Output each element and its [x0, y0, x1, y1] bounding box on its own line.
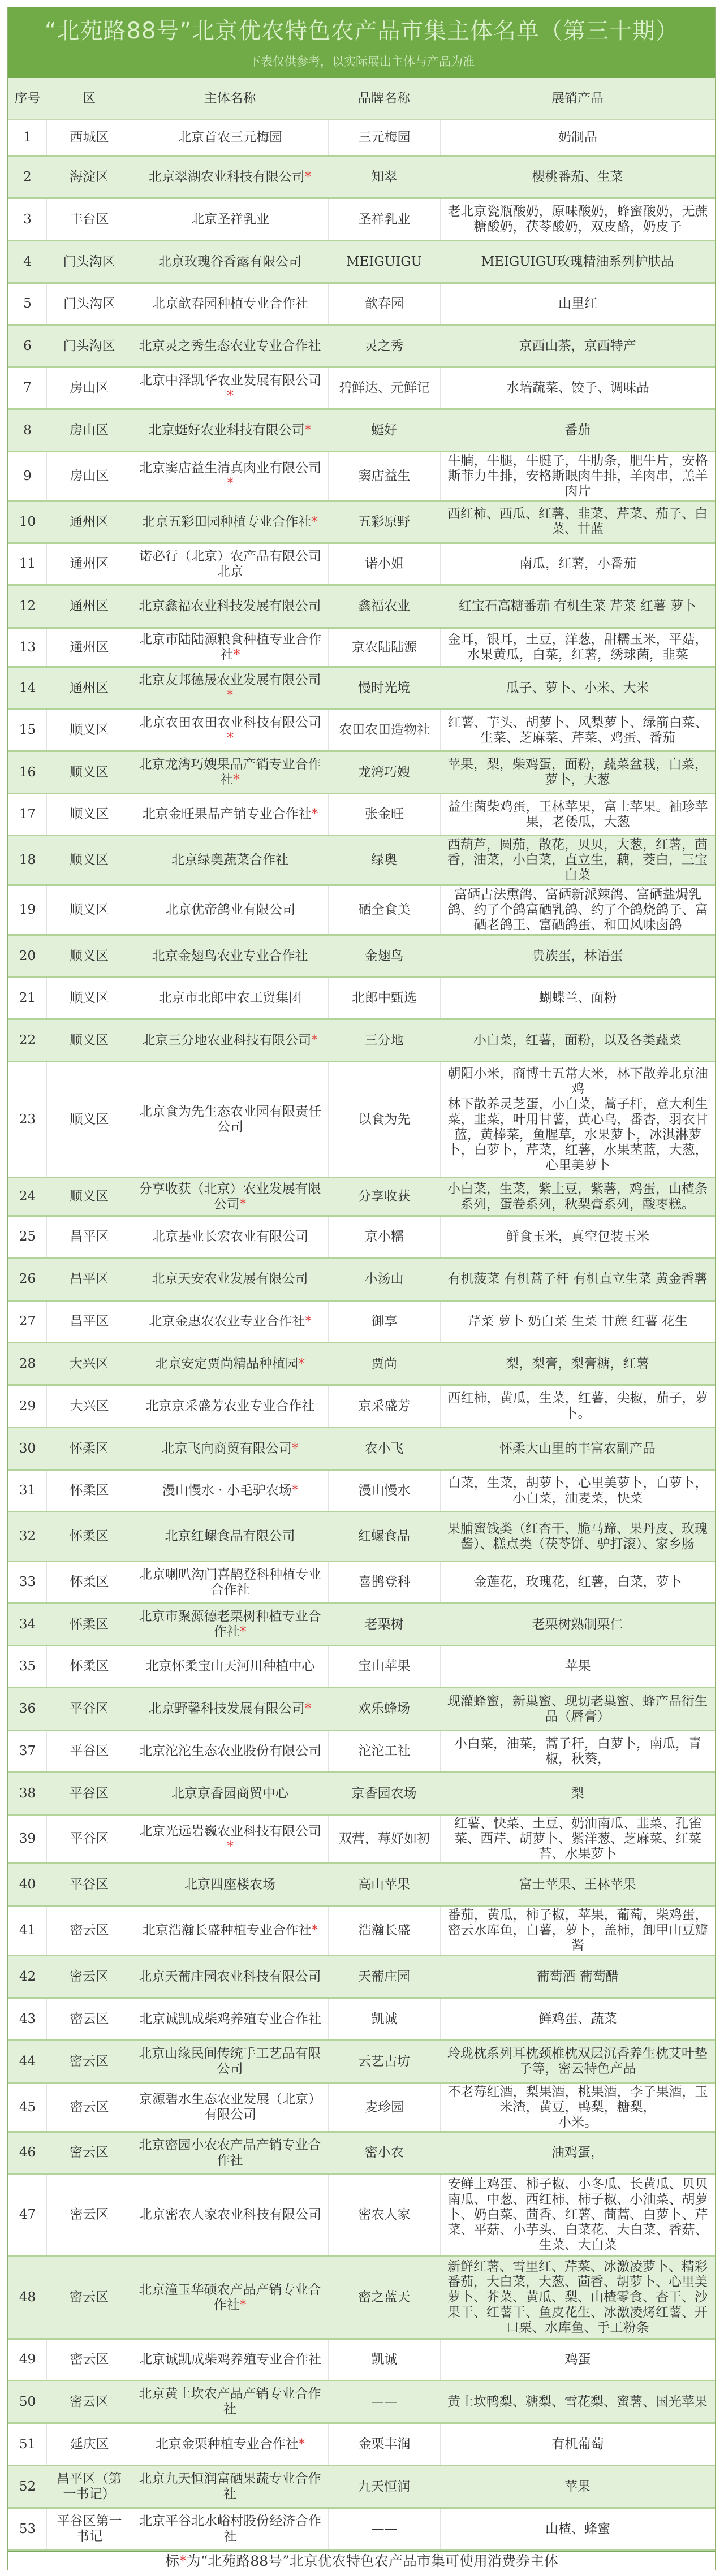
cell-products-text: 芹菜 萝卜 奶白菜 生菜 甘蔗 红薯 花生: [468, 1314, 688, 1329]
cell-entity: 北京中泽凯华农业发展有限公司*: [132, 368, 328, 408]
cell-district: 怀柔区: [46, 1646, 132, 1687]
table-row: 17顺义区北京金旺果品产销专业合作社*张金旺益生菌柴鸡蛋，王林苹果，富士苹果。袖…: [8, 794, 715, 836]
cell-district-text: 门头沟区: [63, 254, 115, 270]
cell-district: 顺义区: [46, 752, 132, 793]
cell-district: 密云区: [46, 1956, 132, 1997]
cell-seq-text: 2: [23, 170, 32, 185]
cell-entity: 北京友邦德晟农业发展有限公司*: [132, 668, 328, 708]
cell-seq: 11: [8, 544, 46, 584]
cell-seq-text: 18: [19, 853, 36, 868]
cell-district: 顺义区: [46, 886, 132, 934]
table-row: 49密云区北京诚凯成柴鸡养殖专业合作社凯诚鸡蛋: [8, 2340, 715, 2381]
cell-entity: 北京鑫福农业科技发展有限公司: [132, 586, 328, 627]
cell-products-text: 瓜子、萝卜、小米、大米: [506, 681, 649, 696]
cell-brand-text: 硒全食美: [359, 902, 411, 918]
cell-entity: 北京基业长宏农业有限公司: [132, 1217, 328, 1257]
cell-products: 苹果: [440, 1646, 715, 1687]
cell-seq-text: 25: [19, 1229, 36, 1244]
cell-seq: 49: [8, 2340, 46, 2380]
cell-brand-text: 歆春园: [365, 296, 404, 312]
table-row: 33怀柔区北京喇叭沟门喜鹊登科种植专业合作社喜鹊登科金莲花，玫瑰花，红薯，白菜，…: [8, 1562, 715, 1604]
cell-entity-text: 漫山慢水 · 小毛驴农场*: [162, 1483, 298, 1498]
cell-products: 山里红: [440, 284, 715, 324]
cell-district: 昌平区: [46, 1217, 132, 1257]
cell-seq-text: 28: [19, 1356, 36, 1372]
cell-district: 密云区: [46, 2257, 132, 2338]
cell-seq-text: 51: [19, 2437, 36, 2452]
cell-entity: 北京食为先生态农业园有限责任公司: [132, 1062, 328, 1177]
table-row: 10通州区北京五彩田园种植专业合作社*五彩原野西红柿、西瓜、红薯、韭菜、芹菜、茄…: [8, 502, 715, 544]
cell-products: 益生菌柴鸡蛋，王林苹果，富士苹果。袖珍苹果，老倭瓜，大葱: [440, 794, 715, 835]
table-row: 43密云区北京诚凯成柴鸡养殖专业合作社凯诚鲜鸡蛋、蔬菜: [8, 1999, 715, 2041]
cell-district-text: 密云区: [70, 2352, 109, 2367]
cell-brand-text: 圣祥乳业: [359, 212, 411, 227]
cell-products-text: 番茄: [564, 423, 591, 438]
table-row: 39平谷区北京光远岩巍农业科技有限公司*双营，莓好如初红薯、快菜、土豆、奶油南瓜…: [8, 1816, 715, 1864]
cell-district: 延庆区: [46, 2424, 132, 2465]
cell-seq: 53: [8, 2509, 46, 2549]
cell-entity: 北京诚凯成柴鸡养殖专业合作社: [132, 2340, 328, 2380]
cell-entity: 北京天安农业发展有限公司: [132, 1259, 328, 1300]
cell-seq-text: 41: [19, 1923, 36, 1938]
cell-seq-text: 35: [19, 1659, 36, 1674]
cell-district: 通州区: [46, 668, 132, 708]
cell-seq-text: 20: [19, 949, 36, 964]
cell-entity: 北京龙湾巧嫂果品产销专业合作社*: [132, 752, 328, 793]
cell-entity: 北京灵之秀生态农业专业合作社: [132, 326, 328, 366]
cell-seq: 48: [8, 2257, 46, 2338]
cell-entity-text: 北京山缘民间传统手工艺品有限公司: [136, 2046, 324, 2077]
cell-brand: 农小飞: [328, 1428, 440, 1469]
cell-entity-text: 北京友邦德晟农业发展有限公司*: [136, 673, 324, 703]
cell-seq: 1: [8, 120, 46, 155]
cell-brand-text: 密农人家: [359, 2207, 411, 2223]
cell-brand: 云艺古坊: [328, 2041, 440, 2082]
cell-products-text: 金莲花，玫瑰花，红薯，白菜，萝卜: [474, 1575, 682, 1590]
table-row: 27昌平区北京金惠农农业专业合作社*御享芹菜 萝卜 奶白菜 生菜 甘蔗 红薯 花…: [8, 1302, 715, 1343]
cell-seq: 42: [8, 1956, 46, 1997]
cell-district-text: 通州区: [70, 515, 109, 530]
cell-brand-text: 农小飞: [365, 1441, 404, 1456]
table-row: 7房山区北京中泽凯华农业发展有限公司*碧鲜达、元鲜记水培蔬菜、饺子、调味品: [8, 368, 715, 410]
cell-seq: 40: [8, 1864, 46, 1905]
cell-products: 鲜鸡蛋、蔬菜: [440, 1999, 715, 2039]
cell-seq: 20: [8, 936, 46, 976]
cell-brand-text: 红螺食品: [358, 1529, 410, 1544]
cell-brand-text: 京农陆陆源: [352, 640, 417, 655]
cell-district: 海淀区: [46, 157, 132, 197]
cell-products: 富硒古法熏鸽、富硒新派辣鸽、富硒盐焗乳鸽、约了个鸽富硒乳鸽、约了个鸽烧鸽子、富硒…: [440, 886, 715, 934]
cell-entity-text: 北京野馨科技发展有限公司*: [149, 1701, 312, 1717]
cell-seq-text: 6: [23, 339, 32, 354]
cell-entity-text: 北京金惠农农业专业合作社*: [149, 1314, 312, 1329]
cell-district-text: 密云区: [70, 2012, 109, 2027]
cell-district: 怀柔区: [46, 1428, 132, 1469]
cell-brand: 张金旺: [328, 794, 440, 835]
table-row: 14通州区北京友邦德晟农业发展有限公司*慢时光境瓜子、萝卜、小米、大米: [8, 668, 715, 710]
cell-brand: 漫山慢水: [328, 1471, 440, 1511]
cell-brand: 分享收获: [328, 1178, 440, 1215]
table-row: 38平谷区北京京香园商贸中心京香园农场梨: [8, 1773, 715, 1816]
cell-entity: 北京绿奥蔬菜合作社: [132, 836, 328, 884]
cell-entity-text: 北京诚凯成柴鸡养殖专业合作社: [139, 2352, 321, 2367]
cell-entity-text: 北京怀柔宝山天河川种植中心: [146, 1659, 315, 1674]
table-row: 30怀柔区北京飞向商贸有限公司*农小飞怀柔大山里的丰富农副产品: [8, 1428, 715, 1471]
cell-products: 不老莓红酒，梨果酒，桃果酒，李子果酒，玉米渣，黄豆，鸭梨，糖梨， 小米。: [440, 2084, 715, 2131]
cell-products-text: 老北京瓷瓶酸奶，原味酸奶，蜂蜜酸奶，无蔗糖酸奶，茯苓酸奶，双皮酪，奶皮子: [446, 204, 709, 235]
cell-entity-text: 北京食为先生态农业园有限责任公司: [137, 1104, 324, 1135]
cell-brand-text: 窦店益生: [359, 469, 411, 484]
table-row: 8房山区北京蜓好农业科技有限公司*蜓好番茄: [8, 410, 715, 452]
cell-district-text: 大兴区: [70, 1356, 109, 1372]
cell-entity: 北京优帝鸽业有限公司: [132, 886, 328, 934]
cell-brand: ——: [328, 2381, 440, 2422]
cell-district: 西城区: [46, 120, 132, 155]
cell-district: 密云区: [46, 2133, 132, 2173]
column-header-brand: 品牌名称: [328, 91, 440, 106]
cell-district-text: 通州区: [70, 599, 109, 614]
table-row: 5门头沟区北京歆春园种植专业合作社歆春园山里红: [8, 284, 715, 326]
cell-entity: 北京京香园商贸中心: [132, 1773, 328, 1814]
cell-products-text: 富士苹果、王林苹果: [519, 1877, 636, 1892]
cell-entity: 北京潼玉华硕农产品产销专业合作社*: [132, 2257, 328, 2338]
asterisk-icon: *: [305, 1701, 312, 1716]
cell-brand: 绿奥: [328, 836, 440, 884]
cell-district-text: 怀柔区: [70, 1529, 109, 1544]
cell-seq-text: 13: [19, 640, 36, 655]
cell-entity: 北京市北郎中农工贸集团: [132, 978, 328, 1018]
cell-seq: 22: [8, 1020, 46, 1061]
cell-brand: 麦珍园: [328, 2084, 440, 2131]
cell-seq: 14: [8, 668, 46, 708]
cell-entity: 北京翠湖农业科技有限公司*: [132, 157, 328, 197]
cell-seq-text: 43: [19, 2012, 36, 2027]
cell-products-text: 有机菠菜 有机蒿子杆 有机直立生菜 黄金香薯: [448, 1272, 708, 1287]
cell-products: 有机葡萄: [440, 2424, 715, 2465]
cell-entity: 北京四座楼农场: [132, 1864, 328, 1905]
cell-seq-text: 11: [19, 556, 36, 572]
cell-brand: ——: [328, 2509, 440, 2549]
cell-products-text: 鲜鸡蛋、蔬菜: [539, 2012, 617, 2027]
asterisk-icon: *: [305, 1314, 312, 1329]
cell-seq: 13: [8, 629, 46, 666]
cell-brand-text: 慢时光境: [358, 681, 410, 696]
cell-seq: 4: [8, 241, 46, 282]
table-row: 36平谷区北京野馨科技发展有限公司*欢乐蜂场现灌蜂蜜，新巢蜜、现切老巢蜜、蜂产品…: [8, 1688, 715, 1731]
cell-brand: 农田农田造物社: [328, 710, 440, 750]
cell-brand-text: 双营，莓好如初: [339, 1831, 430, 1847]
cell-district: 密云区: [46, 2041, 132, 2082]
cell-district: 密云区: [46, 2084, 132, 2131]
cell-entity: 北京市聚源德老栗树种植专业合作社*: [132, 1604, 328, 1645]
cell-brand-text: ——: [372, 2522, 398, 2537]
cell-brand-text: 小汤山: [365, 1272, 404, 1287]
cell-brand: 宝山苹果: [328, 1646, 440, 1687]
cell-entity-text: 北京市陆陆源粮食种植专业合作社*: [137, 632, 324, 663]
cell-entity: 北京金惠农农业专业合作社*: [132, 1302, 328, 1342]
cell-products-text: 小白菜，红薯，面粉，以及各类蔬菜: [473, 1033, 682, 1048]
table-header-row: 序号 区 主体名称 品牌名称 展销产品: [8, 78, 715, 120]
table-row: 21顺义区北京市北郎中农工贸集团北郎中甄选蝴蝶兰、面粉: [8, 978, 715, 1020]
cell-seq-text: 42: [19, 1969, 36, 1985]
cell-brand: 金翅鸟: [328, 936, 440, 976]
cell-entity-text: 北京京香园商贸中心: [171, 1786, 288, 1801]
cell-seq: 35: [8, 1646, 46, 1687]
cell-seq-text: 24: [19, 1189, 36, 1204]
cell-products-text: 牛腩，牛腿，牛腱子，牛肋条，肥牛片，安格斯菲力牛排，安格斯眼肉牛排，羊肉串，羔羊…: [446, 453, 709, 499]
cell-brand-text: 龙湾巧嫂: [358, 765, 410, 780]
cell-seq-text: 32: [19, 1529, 36, 1544]
cell-seq-text: 36: [19, 1701, 36, 1717]
cell-seq: 24: [8, 1178, 46, 1215]
cell-seq-text: 39: [19, 1831, 36, 1847]
cell-products-text: 白菜，生菜，胡萝卜，心里美萝卜，白萝卜，小白菜，油麦菜，快菜: [446, 1476, 709, 1506]
cell-seq: 28: [8, 1343, 46, 1384]
table-row: 42密云区北京天葡庄园农业科技有限公司天葡庄园葡萄酒 葡萄醋: [8, 1956, 715, 1999]
cell-brand: 龙湾巧嫂: [328, 752, 440, 793]
cell-products: 番茄，黄瓜，柿子椒，苹果，葡萄，柴鸡蛋，密云水库鱼，白薯，萝卜，盖柿，卸甲山豆瓣…: [440, 1907, 715, 1955]
cell-district-text: 房山区: [70, 469, 109, 484]
cell-district-text: 平谷区第一书记: [51, 2514, 127, 2544]
cell-brand-text: 九天恒润: [358, 2479, 410, 2495]
cell-seq: 15: [8, 710, 46, 750]
cell-entity-text: 北京浩瀚长盛种植专业合作社*: [143, 1923, 318, 1938]
cell-seq: 39: [8, 1816, 46, 1862]
cell-brand: 密农人家: [328, 2175, 440, 2255]
cell-products-text: 西红柿，黄瓜，生菜，红薯，尖椒，茄子，萝卜。: [446, 1391, 709, 1421]
cell-brand: 京小糯: [328, 1217, 440, 1257]
cell-entity-text: 北京黄土坎农产品产销专业合作社: [136, 2387, 324, 2417]
cell-seq: 7: [8, 368, 46, 408]
table-row: 22顺义区北京三分地农业科技有限公司*三分地小白菜，红薯，面粉，以及各类蔬菜: [8, 1020, 715, 1062]
cell-entity: 北京圣祥乳业: [132, 199, 328, 240]
table-row: 19顺义区北京优帝鸽业有限公司硒全食美富硒古法熏鸽、富硒新派辣鸽、富硒盐焗乳鸽、…: [8, 886, 715, 936]
cell-products: 南瓜，红薯，小番茄: [440, 544, 715, 584]
cell-brand-text: 云艺古坊: [358, 2054, 410, 2069]
cell-district: 平谷区: [46, 1688, 132, 1730]
table-row: 11通州区诺必行（北京）农产品有限公司北京诺小姐南瓜，红薯，小番茄: [8, 544, 715, 586]
cell-products: 葡萄酒 葡萄醋: [440, 1956, 715, 1997]
cell-seq-text: 48: [19, 2290, 36, 2305]
market-list-sheet: “北苑路88号”北京优农特色农产品市集主体名单（第三十期） 下表仅供参考，以实际…: [7, 7, 716, 2570]
cell-seq-text: 49: [19, 2352, 36, 2367]
cell-seq-text: 33: [19, 1575, 36, 1590]
cell-brand-text: 漫山慢水: [359, 1483, 411, 1498]
cell-entity-text: 北京天安农业发展有限公司: [152, 1272, 308, 1287]
cell-district: 昌平区: [46, 1302, 132, 1342]
asterisk-icon: *: [179, 2553, 187, 2569]
cell-products: 西葫芦，圆茄，散花，贝贝，大葱，红薯，茴香，油菜，小白菜，直立生，藕，茭白，三宝…: [440, 836, 715, 884]
cell-entity-text: 北京窦店益生清真肉业有限公司*: [137, 461, 324, 491]
cell-products-text: 西葫芦，圆茄，散花，贝贝，大葱，红薯，茴香，油菜，小白菜，直立生，藕，茭白，三宝…: [446, 837, 709, 883]
cell-entity-text: 北京光远岩巍农业科技有限公司*: [137, 1824, 324, 1855]
table-row: 25昌平区北京基业长宏农业有限公司京小糯鲜食玉米，真空包装玉米: [8, 1217, 715, 1259]
cell-products: 苹果，梨，柴鸡蛋，面粉，蔬菜盆栽，白菜，萝卜，大葱: [440, 752, 715, 793]
cell-entity: 北京沱沱生态农业股份有限公司: [132, 1731, 328, 1771]
cell-entity-text: 北京绿奥蔬菜合作社: [171, 853, 288, 868]
cell-products: 黄土坎鸭梨、糖梨、雪花梨、蜜薯、国光苹果: [440, 2381, 715, 2422]
cell-entity-text: 北京诚凯成柴鸡养殖专业合作社: [139, 2012, 321, 2027]
cell-entity: 北京浩瀚长盛种植专业合作社*: [132, 1907, 328, 1955]
cell-products-text: 怀柔大山里的丰富农副产品: [499, 1441, 656, 1456]
cell-products-text: 苹果: [565, 1659, 591, 1674]
cell-seq: 37: [8, 1731, 46, 1771]
cell-brand: 贾尚: [328, 1343, 440, 1384]
cell-seq-text: 40: [19, 1877, 36, 1892]
cell-entity-text: 北京安定贾尚精品种植园*: [155, 1356, 305, 1372]
cell-entity: 北京安定贾尚精品种植园*: [132, 1343, 328, 1384]
cell-products: 牛腩，牛腿，牛腱子，牛肋条，肥牛片，安格斯菲力牛排，安格斯眼肉牛排，羊肉串，羔羊…: [440, 452, 715, 500]
cell-district: 平谷区: [46, 1731, 132, 1771]
cell-products: 老北京瓷瓶酸奶，原味酸奶，蜂蜜酸奶，无蔗糖酸奶，茯苓酸奶，双皮酪，奶皮子: [440, 199, 715, 240]
table-row: 34怀柔区北京市聚源德老栗树种植专业合作社*老栗树老栗树熟制栗仁: [8, 1604, 715, 1646]
cell-brand-text: ——: [371, 2395, 397, 2410]
asterisk-icon: *: [227, 476, 234, 491]
cell-entity-text: 北京中泽凯华农业发展有限公司*: [137, 373, 324, 404]
cell-entity-text: 北京优帝鸽业有限公司: [165, 902, 295, 918]
cell-entity: 北京金翅鸟农业专业合作社: [132, 936, 328, 976]
cell-seq: 6: [8, 326, 46, 366]
cell-seq: 33: [8, 1562, 46, 1602]
cell-district: 昌平区: [46, 1259, 132, 1300]
cell-entity-text: 北京圣祥乳业: [191, 212, 269, 227]
asterisk-icon: *: [312, 1923, 318, 1938]
table-row: 28大兴区北京安定贾尚精品种植园*贾尚梨，梨膏，梨膏糖，红薯: [8, 1343, 715, 1386]
cell-entity: 北京黄土坎农产品产销专业合作社: [132, 2381, 328, 2422]
cell-entity-text: 北京平谷北水峪村股份经济合作社: [137, 2514, 324, 2544]
cell-entity-text: 北京天葡庄园农业科技有限公司: [139, 1969, 321, 1985]
cell-brand: MEIGUIGU: [328, 241, 440, 282]
cell-brand: 小汤山: [328, 1259, 440, 1300]
cell-district-text: 房山区: [70, 423, 109, 438]
cell-seq: 2: [8, 157, 46, 197]
cell-district-text: 昌平区: [70, 1272, 109, 1287]
cell-entity: 北京密农人家农业科技有限公司: [132, 2175, 328, 2255]
cell-brand: 金栗丰润: [328, 2424, 440, 2465]
cell-brand: 硒全食美: [328, 886, 440, 934]
cell-brand: 歆春园: [328, 284, 440, 324]
cell-brand-text: 宝山苹果: [359, 1659, 411, 1674]
column-header-entity: 主体名称: [132, 91, 328, 106]
cell-district-text: 怀柔区: [70, 1575, 109, 1590]
cell-products: 京西山茶，京西特产: [440, 326, 715, 366]
cell-products-text: 不老莓红酒，梨果酒，桃果酒，李子果酒，玉米渣，黄豆，鸭梨，糖梨， 小米。: [446, 2085, 709, 2130]
table-row: 41密云区北京浩瀚长盛种植专业合作社*浩瀚长盛番茄，黄瓜，柿子椒，苹果，葡萄，柴…: [8, 1907, 715, 1956]
cell-brand: 欢乐蜂场: [328, 1688, 440, 1730]
cell-products: 水培蔬菜、饺子、调味品: [440, 368, 715, 408]
cell-seq-text: 14: [19, 681, 36, 696]
cell-seq-text: 26: [19, 1272, 36, 1287]
table-row: 15顺义区北京农田农田农业科技有限公司*农田农田造物社红薯、芋头、胡萝卜、风梨萝…: [8, 710, 715, 752]
cell-products: 瓜子、萝卜、小米、大米: [440, 668, 715, 708]
cell-brand-text: 张金旺: [365, 807, 404, 822]
cell-products-text: 京西山茶，京西特产: [519, 339, 636, 354]
cell-products: 金莲花，玫瑰花，红薯，白菜，萝卜: [440, 1562, 715, 1602]
cell-seq-text: 31: [19, 1483, 36, 1498]
cell-seq: 38: [8, 1773, 46, 1814]
cell-brand-text: 喜鹊登科: [359, 1575, 411, 1590]
cell-products-text: 小白菜，油菜，蒿子秆，白萝卜，南瓜，青椒，秋葵，: [446, 1736, 709, 1767]
table-row: 18顺义区北京绿奥蔬菜合作社绿奥西葫芦，圆茄，散花，贝贝，大葱，红薯，茴香，油菜…: [8, 836, 715, 886]
cell-products-text: 黄土坎鸭梨、糖梨、雪花梨、蜜薯、国光苹果: [447, 2395, 708, 2410]
cell-brand-text: 以食为先: [359, 1112, 411, 1127]
cell-entity: 北京红螺食品有限公司: [132, 1512, 328, 1561]
cell-brand: 北郎中甄选: [328, 978, 440, 1018]
cell-entity-text: 北京鑫福农业科技发展有限公司: [139, 599, 321, 614]
cell-products: 小白菜，红薯，面粉，以及各类蔬菜: [440, 1020, 715, 1061]
cell-entity-text: 北京四座楼农场: [184, 1877, 275, 1892]
cell-products-text: 果脯蜜饯类（红杏干、脆马蹄、果丹皮、玫瑰酱）、糕点类（茯苓饼、驴打滚）、家乡肠: [446, 1522, 709, 1552]
cell-products: 山楂、蜂蜜: [440, 2509, 715, 2549]
cell-entity-text: 北京京采盛芳农业专业合作社: [146, 1399, 315, 1414]
table-row: 29大兴区北京京采盛芳农业专业合作社京采盛芳西红柿，黄瓜，生菜，红薯，尖椒，茄子…: [8, 1386, 715, 1428]
cell-district-text: 丰台区: [70, 212, 109, 227]
cell-products-text: 山里红: [558, 296, 597, 312]
cell-district-text: 顺义区: [70, 853, 109, 868]
cell-products-text: 葡萄酒 葡萄醋: [536, 1969, 618, 1985]
cell-brand: 窦店益生: [328, 452, 440, 500]
cell-entity: 北京天葡庄园农业科技有限公司: [132, 1956, 328, 1997]
cell-products-text: 苹果，梨，柴鸡蛋，面粉，蔬菜盆栽，白菜，萝卜，大葱: [446, 757, 709, 788]
cell-seq-text: 12: [19, 599, 36, 614]
cell-products-text: 奶制品: [558, 130, 597, 145]
cell-district-text: 通州区: [70, 681, 109, 696]
cell-products: 小白菜，生菜，紫土豆，紫薯，鸡蛋，山楂条系列，蛋卷系列，秋梨膏系列，酸枣糕。: [440, 1178, 715, 1215]
cell-district-text: 密云区: [70, 2395, 109, 2410]
cell-entity: 北京喇叭沟门喜鹊登科种植专业合作社: [132, 1562, 328, 1602]
cell-brand-text: 天葡庄园: [358, 1969, 410, 1985]
cell-brand: 凯诚: [328, 2340, 440, 2380]
cell-brand-text: 五彩原野: [358, 515, 410, 530]
cell-seq-text: 8: [23, 423, 32, 438]
cell-district-text: 平谷区: [70, 1831, 109, 1847]
cell-district-text: 密云区: [70, 2054, 109, 2069]
cell-entity: 北京山缘民间传统手工艺品有限公司: [132, 2041, 328, 2082]
cell-seq: 45: [8, 2084, 46, 2131]
cell-seq-text: 53: [19, 2522, 36, 2537]
cell-district-text: 门头沟区: [63, 339, 115, 354]
cell-entity: 漫山慢水 · 小毛驴农场*: [132, 1471, 328, 1511]
table-row: 40平谷区北京四座楼农场高山苹果富士苹果、王林苹果: [8, 1864, 715, 1907]
cell-district: 顺义区: [46, 978, 132, 1018]
cell-brand-text: 御享: [372, 1314, 398, 1329]
cell-district-text: 昌平区（第一书记）: [51, 2471, 127, 2502]
cell-brand-text: 沱沱工社: [359, 1744, 411, 1759]
asterisk-icon: *: [292, 1441, 299, 1456]
asterisk-icon: *: [227, 1839, 234, 1854]
cell-district: 密云区: [46, 2340, 132, 2380]
table-row: 51延庆区北京金栗种植专业合作社*金栗丰润有机葡萄: [8, 2424, 715, 2466]
cell-brand-text: 浩瀚长盛: [359, 1923, 411, 1938]
table-row: 52昌平区（第一书记）北京九天恒润富硒果蔬专业合作社九天恒润苹果: [8, 2466, 715, 2509]
cell-entity: 京源碧水生态农业发展（北京）有限公司: [132, 2084, 328, 2131]
cell-products-text: 鸡蛋: [565, 2352, 591, 2367]
cell-products-text: MEIGUIGU玫瑰精油系列护肤品: [481, 254, 674, 270]
cell-brand-text: 蜓好: [371, 423, 397, 438]
asterisk-icon: *: [233, 772, 240, 787]
cell-entity-text: 北京密农人家农业科技有限公司: [139, 2207, 321, 2223]
cell-brand: 三元梅园: [328, 120, 440, 155]
cell-brand: 密小农: [328, 2133, 440, 2173]
table-row: 16顺义区北京龙湾巧嫂果品产销专业合作社*龙湾巧嫂苹果，梨，柴鸡蛋，面粉，蔬菜盆…: [8, 752, 715, 794]
table-row: 6门头沟区北京灵之秀生态农业专业合作社灵之秀京西山茶，京西特产: [8, 326, 715, 368]
cell-brand: 京农陆陆源: [328, 629, 440, 666]
cell-products: 有机菠菜 有机蒿子杆 有机直立生菜 黄金香薯: [440, 1259, 715, 1300]
cell-brand: 碧鲜达、元鲜记: [328, 368, 440, 408]
cell-seq-text: 10: [19, 515, 36, 530]
cell-brand: 京香园农场: [328, 1773, 440, 1814]
cell-seq: 19: [8, 886, 46, 934]
